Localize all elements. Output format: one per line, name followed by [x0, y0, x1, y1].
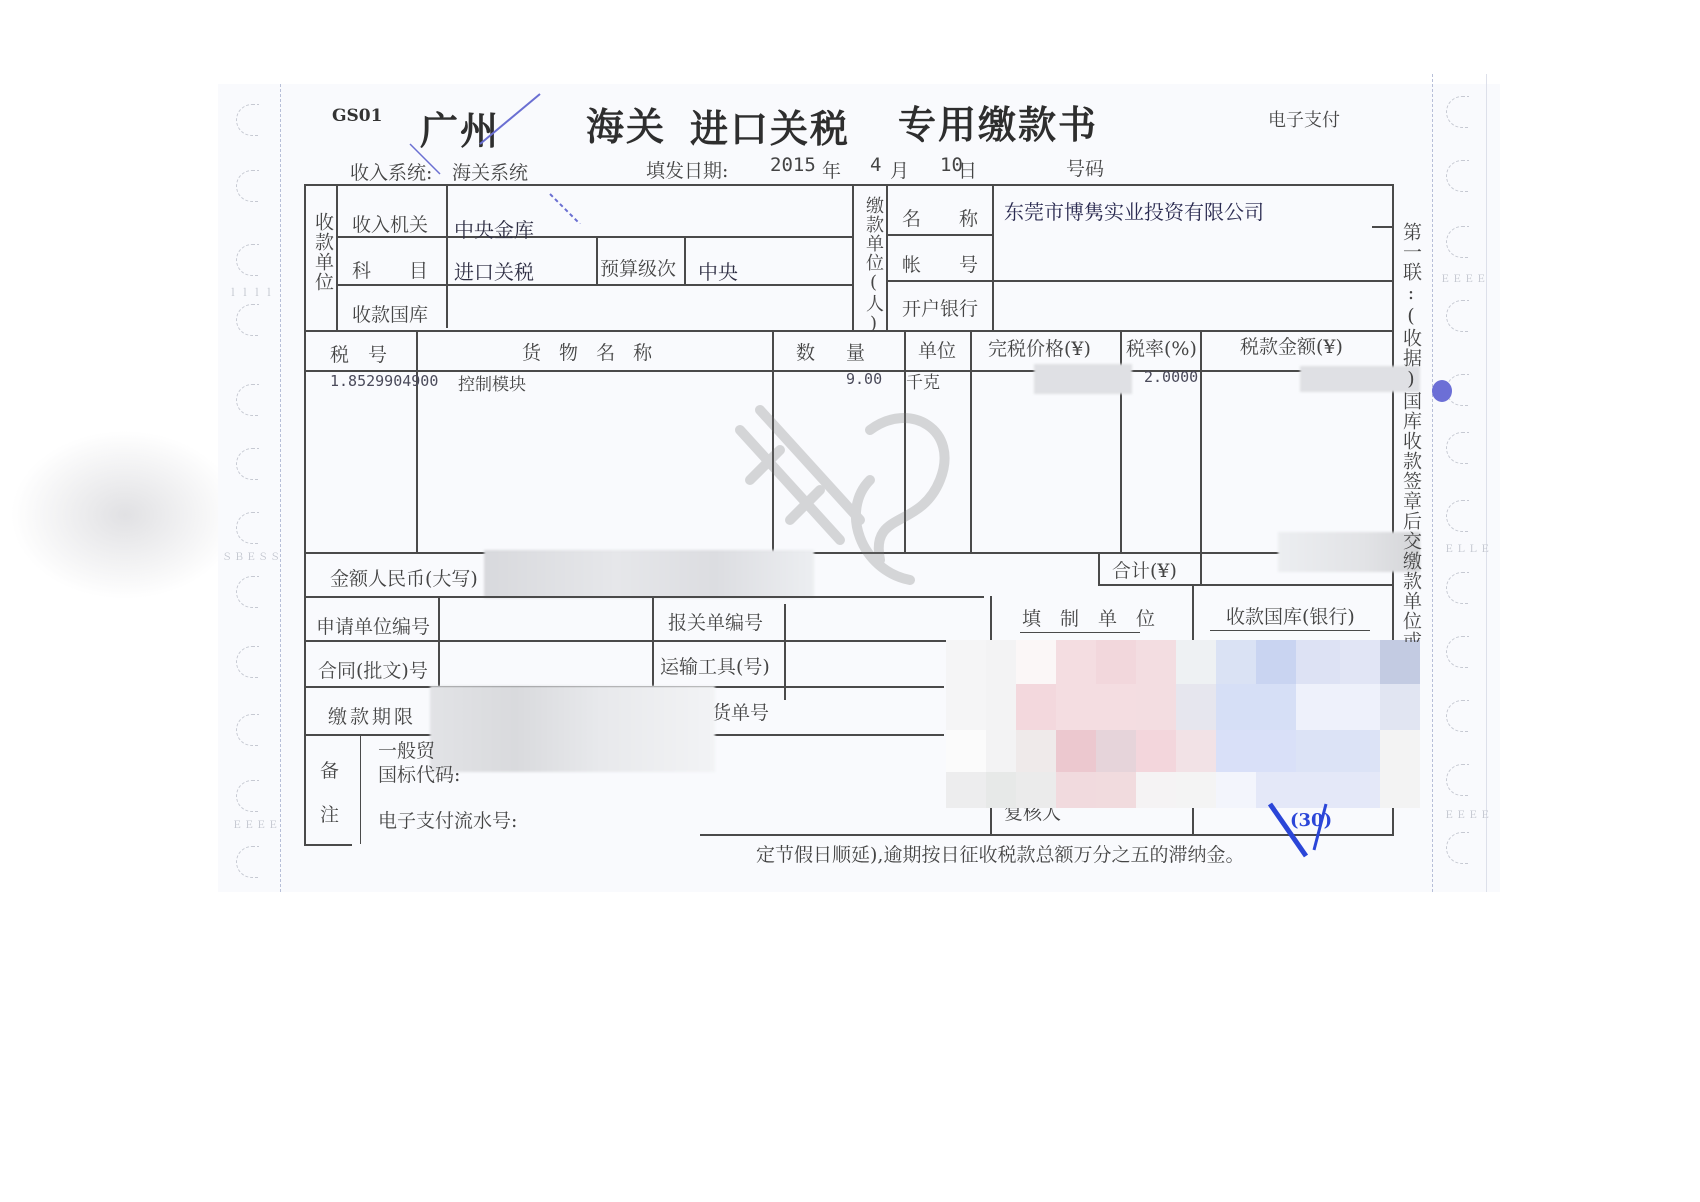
form-code: GS01 — [332, 106, 382, 126]
grid-line — [360, 734, 361, 844]
redacted-stamp-pixel — [1176, 684, 1216, 730]
deadline-label: 缴款期限 — [328, 702, 416, 729]
redacted-stamp-pixel — [1176, 730, 1216, 772]
column-header-tax-amount: 税款金额(¥) — [1240, 332, 1343, 359]
grid-line — [1100, 584, 1394, 586]
pen-marks — [400, 84, 600, 224]
copy-note: 第一联:(收据)国库收款签章后交缴款单位或 — [1398, 222, 1425, 642]
cell-name: 控制模块 — [458, 370, 526, 395]
perf-mark: ＥＥＥＥ — [1444, 806, 1492, 821]
redacted-stamp-pixel — [946, 730, 986, 772]
deadline-redacted — [430, 686, 715, 772]
grid-line — [1372, 226, 1394, 228]
redacted-stamp-pixel — [1056, 684, 1096, 730]
grid-line — [886, 234, 992, 236]
year-unit: 年 — [822, 156, 841, 183]
redacted-stamp-pixel — [1176, 640, 1216, 684]
grid-line — [652, 596, 654, 686]
payer-bank-label: 开户银行 — [902, 294, 978, 321]
left-perforation — [280, 84, 281, 892]
redacted-stamp-pixel — [1176, 772, 1216, 808]
payer-name-label: 名 称 — [902, 204, 978, 231]
redacted-stamp-pixel — [1056, 772, 1096, 808]
redacted-stamp-pixel — [1016, 684, 1056, 730]
issue-month: 4 — [870, 154, 881, 176]
payment-mode: 电子支付 — [1268, 106, 1340, 132]
redacted-stamp-pixel — [1380, 684, 1420, 730]
column-header-unit: 单位 — [918, 336, 956, 363]
perf-mark: ＥＥＥＥ — [232, 816, 280, 831]
grid-line — [784, 604, 786, 700]
remarks-label-bottom: 注 — [320, 800, 339, 827]
column-header-goods-name: 货 物 名 称 — [522, 338, 658, 365]
payee-section-label: 收款单位 — [310, 212, 337, 292]
cell-quantity: 9.00 — [846, 370, 882, 388]
subject-value: 进口关税 — [454, 256, 534, 285]
frame-bottom-left — [304, 844, 352, 846]
grid-line — [438, 596, 440, 686]
remarks-line-1: 一般贸 — [378, 736, 435, 763]
grid-line — [886, 186, 888, 330]
ink-blot — [1432, 380, 1452, 402]
grid-line — [886, 280, 1394, 282]
redacted-stamp-pixel — [946, 640, 986, 684]
redacted-stamp-pixel — [1256, 640, 1296, 684]
cell-tax-rate: 2.0000 — [1144, 368, 1198, 386]
redacted-stamp-pixel — [1216, 772, 1256, 808]
declaration-no-label: 报关单编号 — [668, 608, 763, 635]
redacted-stamp-pixel — [986, 772, 1016, 808]
redacted-stamp-pixel — [1096, 772, 1136, 808]
redacted-stamp-pixel — [1216, 684, 1256, 730]
redacted-stamp-pixel — [1340, 730, 1380, 772]
remarks-label-top: 备 — [320, 756, 339, 783]
perf-mark: ｌｌｌｌ — [228, 284, 276, 299]
redacted-stamp-pixel — [1256, 684, 1296, 730]
grid-line — [1200, 330, 1202, 586]
transport-label: 运输工具(号) — [660, 652, 770, 679]
redacted-stamp-pixel — [1216, 730, 1256, 772]
issue-year: 2015 — [770, 154, 816, 176]
redacted-stamp-pixel — [986, 684, 1016, 730]
day-unit: 日 — [958, 156, 977, 183]
redacted-stamp-pixel — [1380, 640, 1420, 684]
column-header-quantity: 数 量 — [796, 338, 871, 365]
remarks-line-3: 电子支付流水号: — [378, 806, 517, 833]
issue-date-label: 填发日期: — [646, 156, 728, 183]
perf-mark: ＥＥＥＥ — [1440, 270, 1488, 285]
filler-unit-label: 填 制 单 位 — [1022, 604, 1155, 631]
right-perforation — [1432, 74, 1433, 892]
redacted-stamp-pixel — [1296, 640, 1340, 684]
grid-line — [596, 236, 598, 284]
perf-mark: ＳＢＥＳＳ — [222, 548, 282, 563]
payer-section-label: 缴款单位(人) — [860, 196, 886, 335]
redacted-stamp-pixel — [1096, 684, 1136, 730]
late-fee-note: 定节假日顺延),逾期按日征收税款总额万分之五的滞纳金。 — [756, 840, 1244, 867]
budget-level-value: 中央 — [698, 256, 738, 285]
right-edge — [1486, 74, 1487, 892]
scan-shadow — [10, 430, 240, 600]
redacted-stamp-pixel — [1096, 640, 1136, 684]
remarks-line-2: 国标代码: — [378, 760, 460, 787]
budget-level-label: 预算级次 — [600, 254, 676, 281]
redacted-stamp-pixel — [1136, 684, 1176, 730]
grid-line — [304, 330, 1394, 332]
redacted-stamp-pixel — [1136, 730, 1176, 772]
month-unit: 月 — [890, 156, 909, 183]
redacted-stamp-pixel — [1016, 730, 1056, 772]
grid-line — [416, 330, 418, 552]
grid-line — [304, 596, 984, 598]
redacted-stamp-pixel — [986, 640, 1016, 684]
number-label: 号码 — [1066, 154, 1104, 181]
cell-dutiable-value-redacted — [1034, 364, 1132, 394]
grid-line — [336, 284, 852, 286]
signature-underline — [1210, 630, 1370, 631]
redacted-stamp-pixel — [1016, 772, 1056, 808]
column-header-dutiable-value: 完税价格(¥) — [988, 334, 1091, 361]
grid-line — [992, 186, 994, 330]
signature-underline — [1020, 632, 1140, 633]
redacted-stamp-pixel — [986, 730, 1016, 772]
perf-mark: ＥＬＬＥ — [1444, 540, 1492, 555]
redacted-stamp-pixel — [946, 684, 986, 730]
redacted-stamp-pixel — [1380, 772, 1420, 808]
total-label: 合计(¥) — [1112, 556, 1177, 583]
redacted-stamp-pixel — [1056, 640, 1096, 684]
amount-words-redacted — [484, 550, 814, 598]
bill-no-label: 货单号 — [712, 698, 769, 725]
redacted-stamp-pixel — [1136, 640, 1176, 684]
redacted-stamp-pixel — [1136, 772, 1176, 808]
cell-tax-code: 1.8529904900 — [330, 372, 438, 390]
redacted-stamp-pixel — [1340, 640, 1380, 684]
payer-account-label: 帐 号 — [902, 250, 978, 277]
redacted-stamp-pixel — [1340, 684, 1380, 730]
receiving-bank-label: 收款国库(银行) — [1226, 602, 1355, 629]
grid-line — [304, 640, 984, 642]
grid-line — [684, 236, 686, 284]
redacted-stamp-pixel — [1340, 772, 1380, 808]
redacted-stamp-pixel — [1296, 730, 1340, 772]
amount-words-label: 金额人民币(大写) — [330, 564, 478, 591]
redacted-stamp-pixel — [1296, 684, 1340, 730]
applicant-code-label: 申请单位编号 — [316, 612, 430, 639]
redacted-stamp-pixel — [946, 772, 986, 808]
page-title: 专用缴款书 — [898, 94, 1098, 149]
redacted-stamp-pixel — [1216, 640, 1256, 684]
column-header-tax-rate: 税率(%) — [1126, 334, 1197, 361]
payer-name-value: 东莞市博隽实业投资有限公司 — [1004, 196, 1264, 225]
stamp-ink-stroke — [1266, 800, 1346, 860]
subject-label: 科 目 — [352, 256, 428, 283]
treasury-label: 收款国库 — [352, 300, 428, 327]
column-header-tax-code: 税 号 — [330, 340, 387, 367]
redacted-stamp-pixel — [1096, 730, 1136, 772]
redacted-stamp-pixel — [1016, 640, 1056, 684]
redacted-stamp-pixel — [1256, 730, 1296, 772]
grid-line — [852, 186, 854, 330]
title-tax-type: 进口关税 — [690, 98, 850, 153]
redacted-stamp-pixel — [1056, 730, 1096, 772]
contract-no-label: 合同(批文)号 — [318, 656, 428, 683]
frame-left — [304, 184, 306, 846]
grid-line — [1098, 552, 1100, 586]
redacted-stamp-pixel — [1380, 730, 1420, 772]
